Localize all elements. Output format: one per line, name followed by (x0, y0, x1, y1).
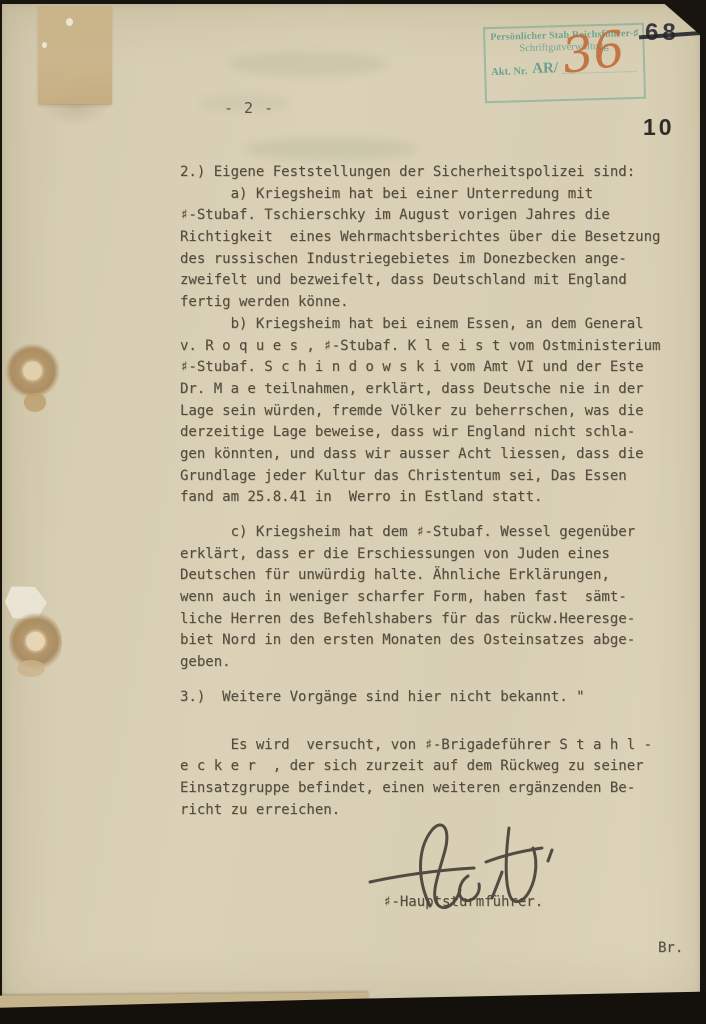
typed-line (180, 709, 685, 722)
typed-line: Deutschen für unwürdig halte. Ähnliche E… (180, 565, 685, 587)
typed-line: gen könnten, und dass wir ausser Acht li… (180, 444, 685, 466)
typed-line: Es wird versucht, von ♯-Brigadeführer S … (180, 735, 685, 757)
typed-line: biet Nord in den ersten Monaten des Oste… (180, 630, 685, 652)
typed-line: Grundlage jeder Kultur das Christentum s… (180, 466, 685, 488)
typed-line: fand am 25.8.41 in Werro in Estland stat… (180, 487, 685, 509)
stamp-file-prefix: AR/ (532, 61, 558, 77)
typed-line: Richtigkeit eines Wehrmachtsberichtes üb… (180, 227, 685, 249)
typed-line: 2.) Eigene Feststellungen der Sicherheit… (180, 162, 685, 184)
typed-line: des russischen Industriegebietes im Done… (180, 249, 685, 271)
stamp-file-label: Akt. Nr. (491, 66, 527, 78)
typed-line: ♯-Stubaf. Tschierschky im August vorigen… (180, 205, 685, 227)
typed-line: derzeitige Lage beweise, dass wir Englan… (180, 422, 685, 444)
typed-line: liche Herren des Befehlshabers für das r… (180, 609, 685, 631)
ink-bleedthrough (246, 138, 416, 160)
page-number: - 2 - (224, 99, 274, 117)
typed-line: a) Kriegsheim hat bei einer Unterredung … (180, 184, 685, 206)
ink-bleedthrough (228, 52, 388, 76)
typed-line: zweifelt und bezweifelt, dass Deutschlan… (180, 270, 685, 292)
document-scan: Persönlicher Stab Reichsführer-♯ Schrift… (0, 0, 706, 1024)
punch-hole-tab (24, 393, 46, 412)
folio-number-stamp: 10 (643, 114, 675, 141)
typed-line (180, 509, 685, 522)
typed-line: b) Kriegsheim hat bei einem Essen, an de… (180, 314, 685, 336)
typed-line: c) Kriegsheim hat dem ♯-Stubaf. Wessel g… (180, 522, 685, 544)
typed-line: fertig werden könne. (180, 292, 685, 314)
typed-line: Einsatzgruppe befindet, einen weiteren e… (180, 778, 685, 800)
tape-spot (66, 18, 73, 26)
tape-patch (38, 6, 112, 105)
punch-hole-blob (17, 660, 45, 677)
typed-text: 2.) Eigene Feststellungen der Sicherheit… (180, 162, 685, 821)
typed-line: 3.) Weitere Vorgänge sind hier nicht bek… (180, 687, 685, 709)
typed-line: erklärt, dass er die Erschiessungen von … (180, 544, 685, 566)
typed-line (180, 722, 685, 735)
typist-initials: Br. (658, 940, 683, 956)
typed-line: wenn auch in weniger scharfer Form, habe… (180, 587, 685, 609)
typed-line: geben. (180, 652, 685, 674)
typed-line: v. R o q u e s , ♯-Stubaf. K l e i s t v… (180, 336, 685, 358)
typed-line (180, 674, 685, 687)
typed-line: Lage sein würden, fremde Völker zu beher… (180, 401, 685, 423)
tape-spot (42, 42, 47, 48)
tape-shadow (40, 104, 110, 126)
signature-caption: ♯-Hauptsturmführer. (383, 894, 543, 910)
typed-line: ♯-Stubaf. S c h i n d o w s k i vom Amt … (180, 357, 685, 379)
typed-line: Dr. M a e teilnahmen, erklärt, dass Deut… (180, 379, 685, 401)
handwritten-file-number: 36 (559, 24, 628, 81)
typed-line: e c k e r , der sich zurzeit auf dem Rüc… (180, 756, 685, 778)
